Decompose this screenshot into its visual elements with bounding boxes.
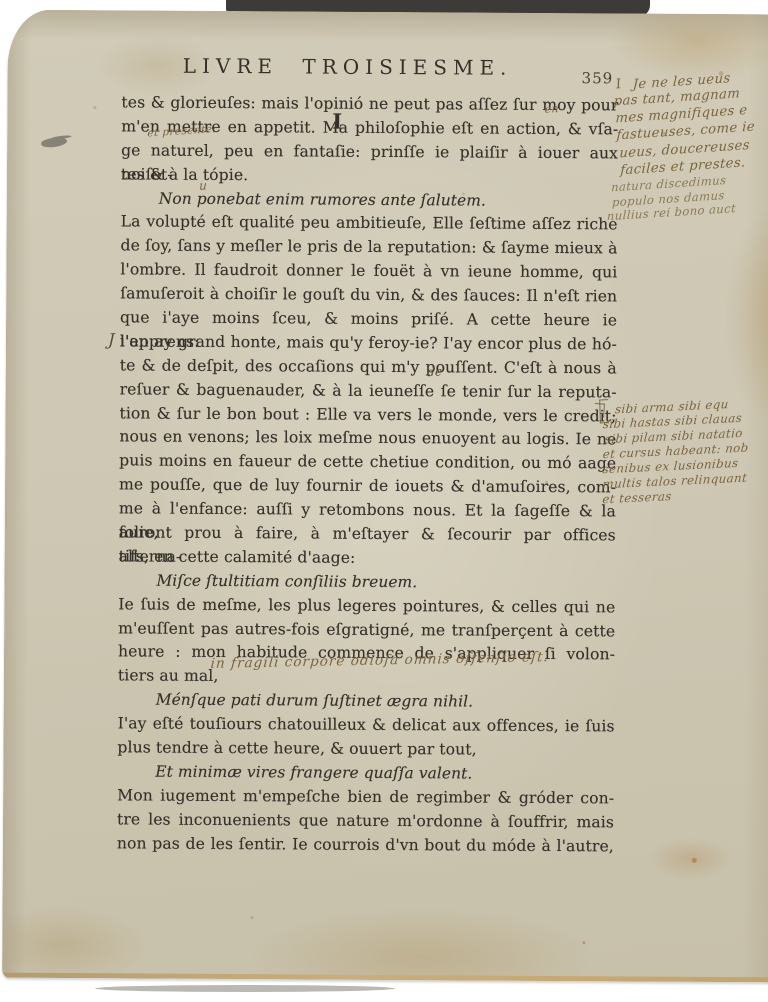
body-line: tre les inconuenients que nature m'ordon… [117, 808, 614, 835]
body-line: me à l'enfance: auſſi y retombons nous. … [119, 497, 616, 524]
body-line: ge naturel, peu en fantaſie: prinſſe ie … [121, 139, 618, 166]
body-line: reſuer & baguenauder, & à la ieuneſſe ſe… [120, 378, 617, 405]
body-line: Mon iugement m'empeſche bien de regimber… [117, 784, 614, 811]
printed-text-block: tes & glorieuſes: mais l'opinió ne peut … [117, 91, 619, 859]
body-line: plus tendre à cette heure, & ouuert par … [117, 736, 614, 763]
body-line: nous en venons; les loix meſme nous enuo… [119, 426, 616, 453]
body-line: Ie ſuis de meſme, les plus legeres point… [118, 593, 615, 620]
body-line: i'en ay grand honte, mais qu'y feroy-ie?… [120, 330, 617, 357]
margin-bracket-mark: I [615, 77, 621, 92]
running-header: LIVRE TROISIESME. [108, 53, 588, 80]
body-line: La volupté eſt qualité peu ambitieuſe, E… [121, 211, 618, 238]
body-line: puis moins en faueur de cette chetiue co… [119, 450, 616, 477]
body-line: te & de deſpit, des occaſions qui m'y po… [120, 354, 617, 381]
handwritten-de-correction: de [427, 364, 443, 379]
page-number: 359 [582, 69, 614, 87]
handwritten-j-correction: J [108, 330, 116, 350]
body-line: l'ombre. Il faudroit donner le fouët à v… [120, 259, 617, 286]
body-line: que i'aye moins ſceu, & moins priſé. A c… [120, 306, 617, 333]
body-line: de ſoy, ſans y meſler le pris de la repu… [120, 235, 617, 262]
book-bottom-edge-shadow [95, 985, 395, 992]
latin-quote-line: Ménſque pati durum ſuſtinet ægra nihil. [118, 689, 615, 716]
body-line: I'ay eſté touſiours chatouilleux & delic… [118, 712, 615, 739]
body-line: me pouſſe, que de luy fournir de iouets … [119, 474, 616, 501]
body-line: ſamuſeroit à choiſir le gouſt du vin, & … [120, 282, 617, 309]
book-page: LIVRE TROISIESME. 359 tes & glorieuſes: … [2, 10, 768, 983]
foxing-spots [8, 10, 11, 13]
latin-quote-line: Non ponebat enim rumores ante ſalutem. [121, 187, 618, 214]
handwritten-u-correction: u [199, 178, 208, 193]
body-line: non pas de les ſentir. Ie courrois d'vn … [117, 832, 614, 859]
body-line: tion & ſur le bon bout : Elle va vers le… [119, 402, 616, 429]
handwritten-en-correction: en [544, 102, 559, 116]
latin-quote-line: Et minimæ vires frangere quaſſa valent. [117, 760, 614, 787]
body-line: auront prou à faire, à m'eſtayer & ſecou… [119, 521, 616, 548]
ink-smudge [41, 136, 68, 148]
margin-note-line: et tesseras [602, 489, 672, 506]
insertion-bar-mark: I [332, 109, 342, 134]
latin-quote-line: Miſce ſtultitiam conſiliis breuem. [118, 569, 615, 596]
body-line: tes & à la tópie. [121, 163, 618, 190]
body-line: m'euſſent pas autres-fois eſgratigné, me… [118, 617, 615, 644]
body-line: tifs, en cette calamité d'aage: [119, 545, 616, 572]
